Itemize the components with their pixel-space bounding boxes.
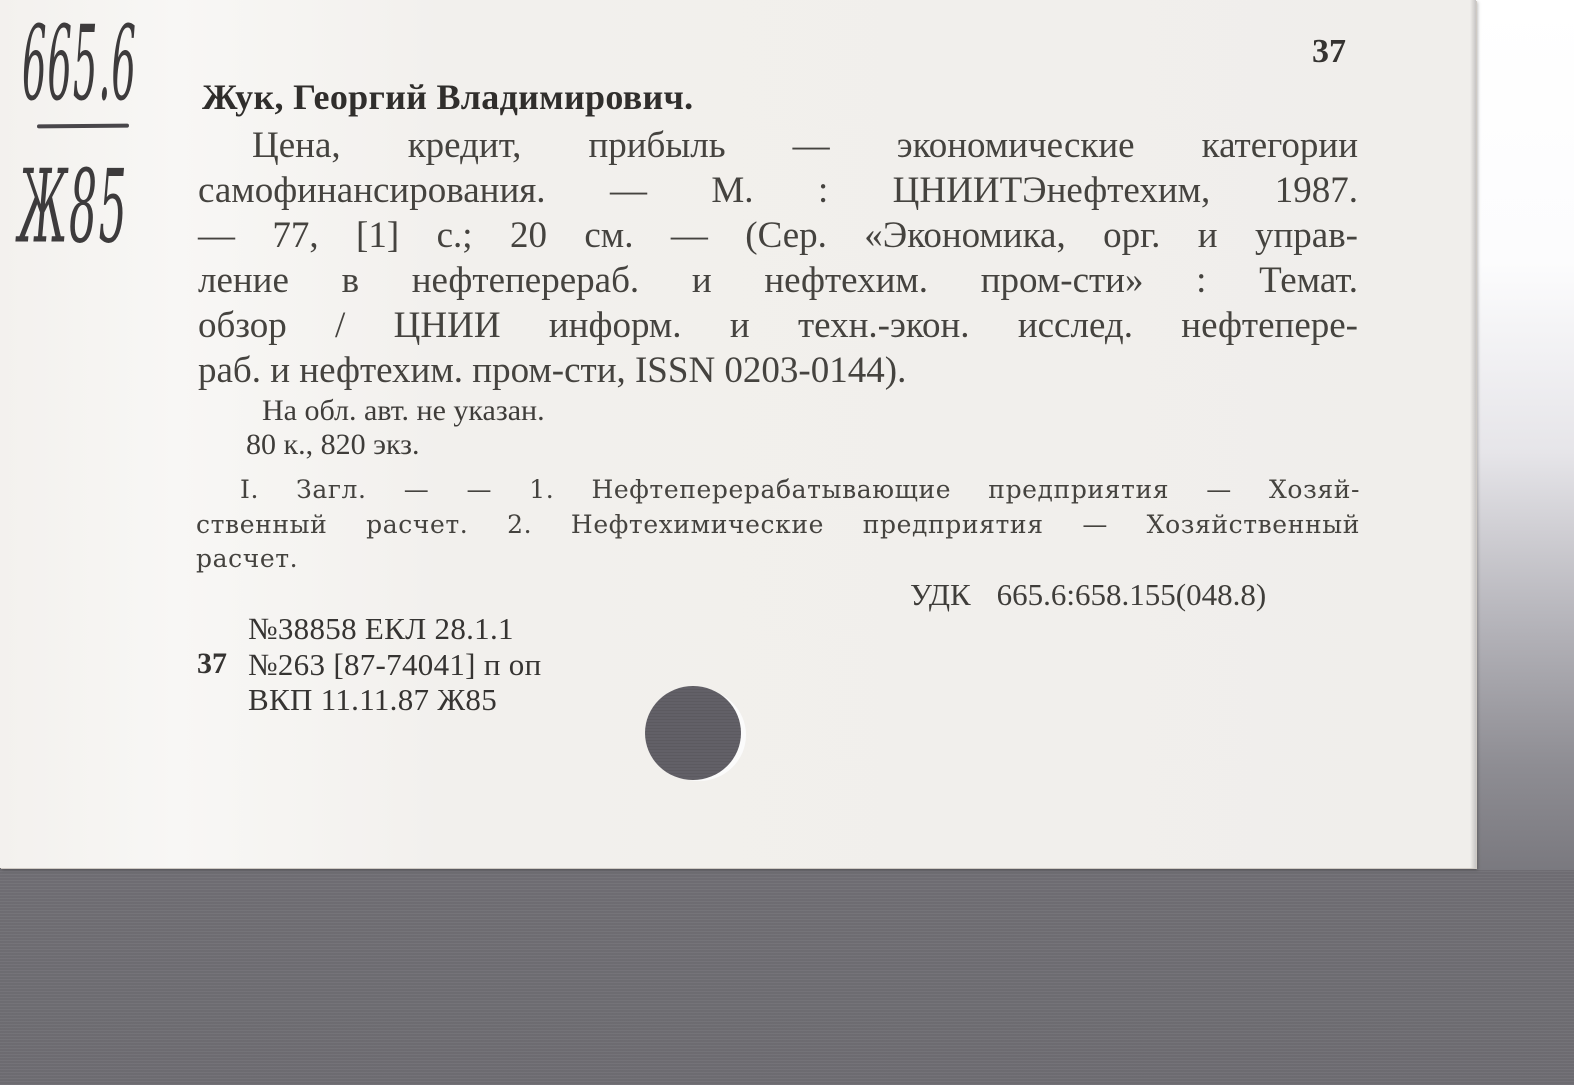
description-line: самофинансирования. — М. : ЦНИИТЭнефтехи… (198, 169, 1358, 212)
note-price-copies: 80 к., 820 экз. (246, 428, 419, 462)
description-line: раб. и нефтехим. пром-сти, ISSN 0203-014… (198, 349, 1358, 392)
description-line: — 77, [1] с.; 20 см. — (Сер. «Экономика,… (198, 214, 1358, 257)
description-line: ление в нефтеперераб. и нефтехим. пром-с… (198, 259, 1358, 302)
description-line: Цена, кредит, прибыль — экономические ка… (252, 124, 1358, 167)
catalog-line: №263 [87-74041] п оп (248, 647, 541, 683)
handwritten-classification: 665.6 (22, 4, 137, 124)
handwritten-author-mark: Ж85 (18, 148, 128, 266)
catalog-line: №38858 ЕКЛ 28.1.1 (248, 611, 514, 647)
scanner-lid-edge (1476, 0, 1574, 870)
card-punch-hole (645, 686, 741, 780)
note-author: На обл. авт. не указан. (262, 394, 545, 428)
author-heading: Жук, Георгий Владимирович. (202, 76, 693, 118)
udk-classification: УДК665.6:658.155(048.8) (910, 577, 1266, 613)
handwritten-divider-line (37, 124, 129, 129)
subject-line: ственный расчет. 2. Нефтехимические пред… (196, 510, 1360, 539)
description-line: обзор / ЦНИИ информ. и техн.-экон. иссле… (198, 304, 1358, 347)
subject-line: расчет. (196, 544, 1360, 573)
page-number: 37 (1312, 33, 1346, 71)
subject-line: I. Загл. — — 1. Нефтеперерабатывающие пр… (240, 475, 1360, 504)
library-catalog-card: 665.6 Ж85 37 Жук, Георгий Владимирович. … (0, 0, 1476, 868)
catalog-line: ВКП 11.11.87 Ж85 (248, 682, 497, 718)
udk-code: 665.6:658.155(048.8) (997, 577, 1267, 612)
udk-label: УДК (910, 577, 971, 612)
catalog-card-number: 37 (197, 647, 227, 681)
